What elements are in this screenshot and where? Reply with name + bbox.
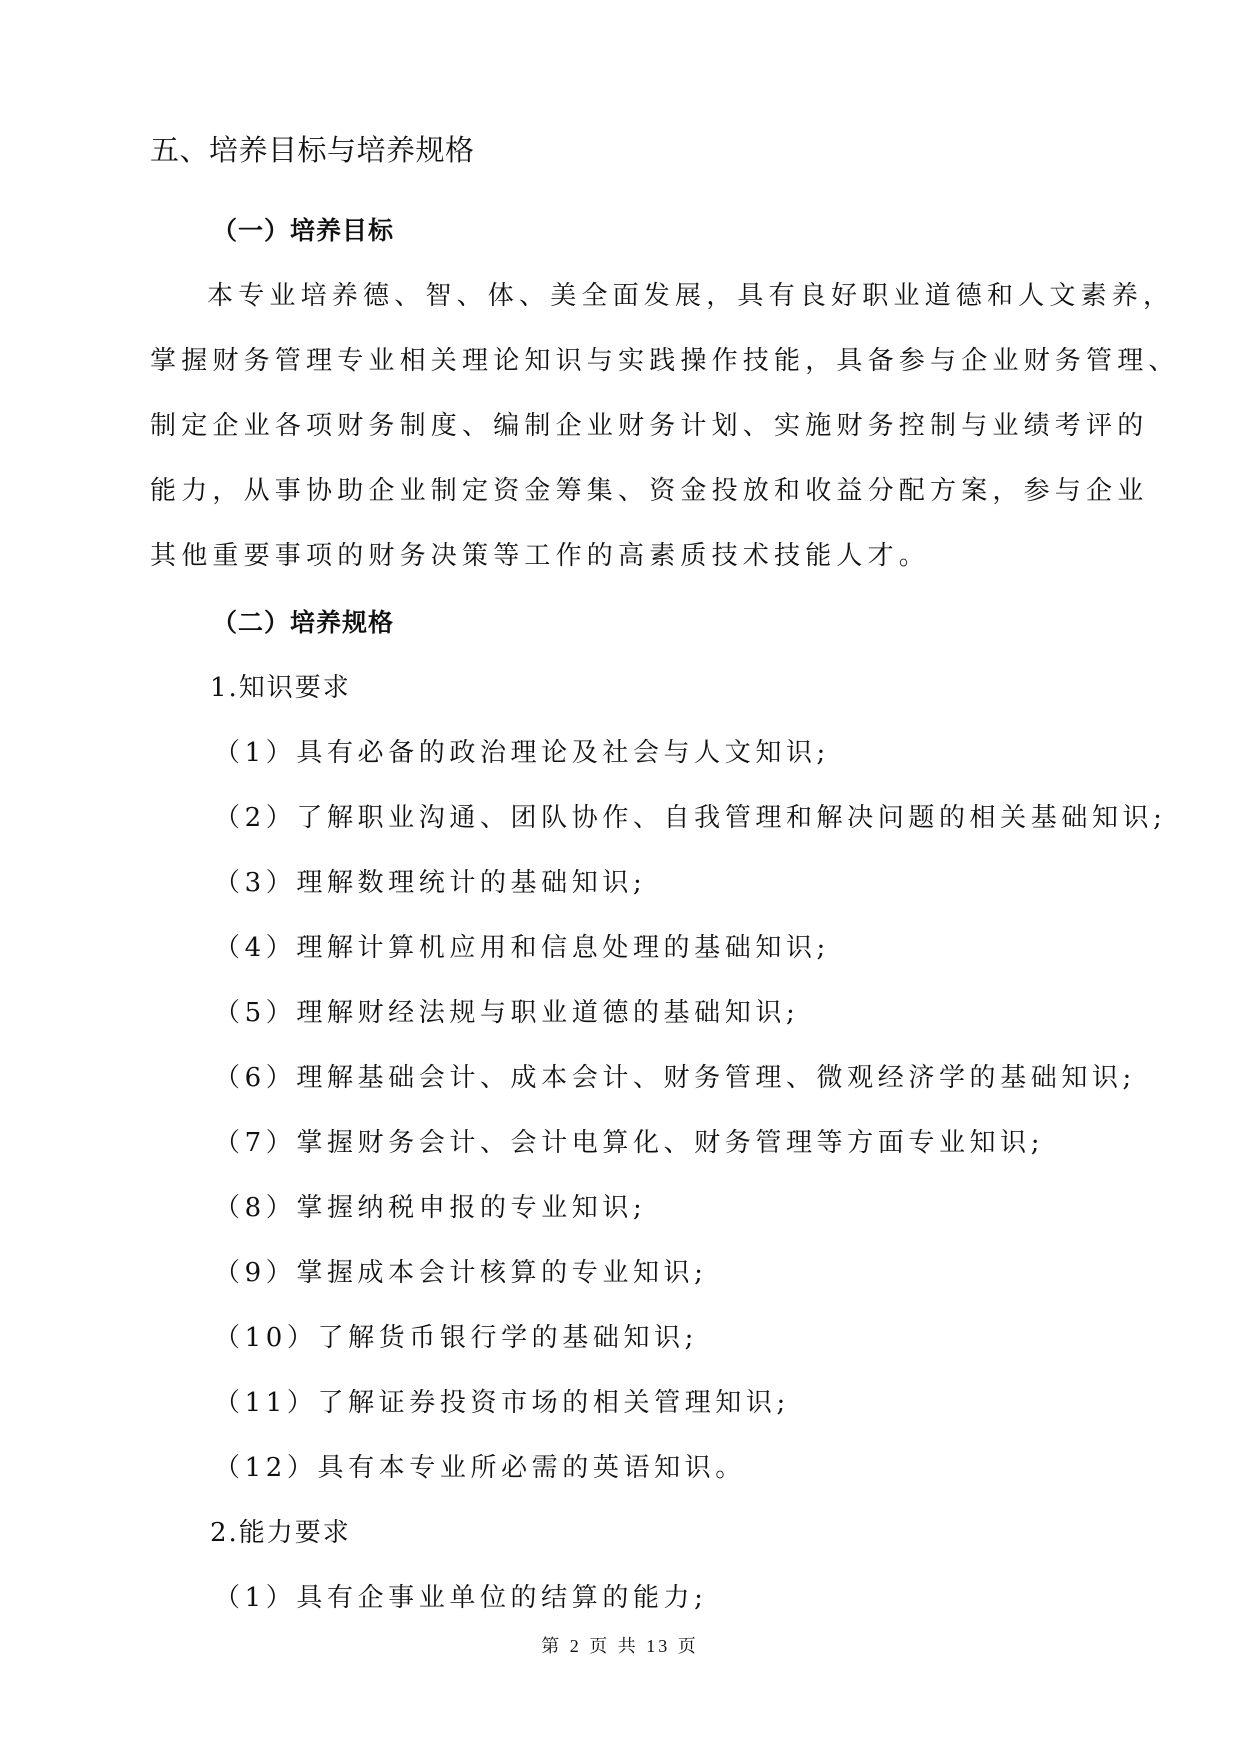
knowledge-item: （8）掌握纳税申报的专业知识; (214, 1195, 646, 1221)
knowledge-item: （7）掌握财务会计、会计电算化、财务管理等方面专业知识; (214, 1130, 1044, 1156)
knowledge-item: （3）理解数理统计的基础知识; (214, 870, 646, 896)
goal-heading: （一）培养目标 (212, 218, 394, 243)
ability-heading: 2.能力要求 (210, 1520, 351, 1546)
goal-paragraph-line: 本专业培养德、智、体、美全面发展，具有良好职业道德和人文素养， (207, 283, 1174, 309)
knowledge-heading: 1.知识要求 (210, 675, 351, 701)
ability-item: （1）具有企事业单位的结算的能力; (214, 1585, 708, 1611)
knowledge-item: （10）了解货币银行学的基础知识; (214, 1325, 698, 1351)
page-number-footer: 第 2 页 共 13 页 (0, 1632, 1240, 1658)
goal-paragraph-line: 能力，从事协助企业制定资金筹集、资金投放和收益分配方案，参与企业 (150, 478, 1148, 504)
knowledge-item: （2）了解职业沟通、团队协作、自我管理和解决问题的相关基础知识; (214, 805, 1167, 831)
spec-heading: （二）培养规格 (212, 610, 394, 635)
goal-paragraph-line: 其他重要事项的财务决策等工作的高素质技术技能人才。 (150, 543, 930, 569)
knowledge-item: （4）理解计算机应用和信息处理的基础知识; (214, 935, 830, 961)
knowledge-item: （1）具有必备的政治理论及社会与人文知识; (214, 740, 830, 766)
document-page: 五、培养目标与培养规格 （一）培养目标 本专业培养德、智、体、美全面发展，具有良… (0, 0, 1240, 1754)
knowledge-item: （5）理解财经法规与职业道德的基础知识; (214, 1000, 799, 1026)
knowledge-item: （12）具有本专业所必需的英语知识。 (214, 1455, 746, 1481)
knowledge-item: （11）了解证券投资市场的相关管理知识; (214, 1390, 790, 1416)
goal-paragraph-line: 掌握财务管理专业相关理论知识与实践操作技能，具备参与企业财务管理、 (150, 348, 1180, 374)
knowledge-item: （6）理解基础会计、成本会计、财务管理、微观经济学的基础知识; (214, 1065, 1136, 1091)
goal-paragraph-line: 制定企业各项财务制度、编制企业财务计划、实施财务控制与业绩考评的 (150, 413, 1148, 439)
knowledge-item: （9）掌握成本会计核算的专业知识; (214, 1260, 708, 1286)
section-title: 五、培养目标与培养规格 (150, 136, 475, 165)
